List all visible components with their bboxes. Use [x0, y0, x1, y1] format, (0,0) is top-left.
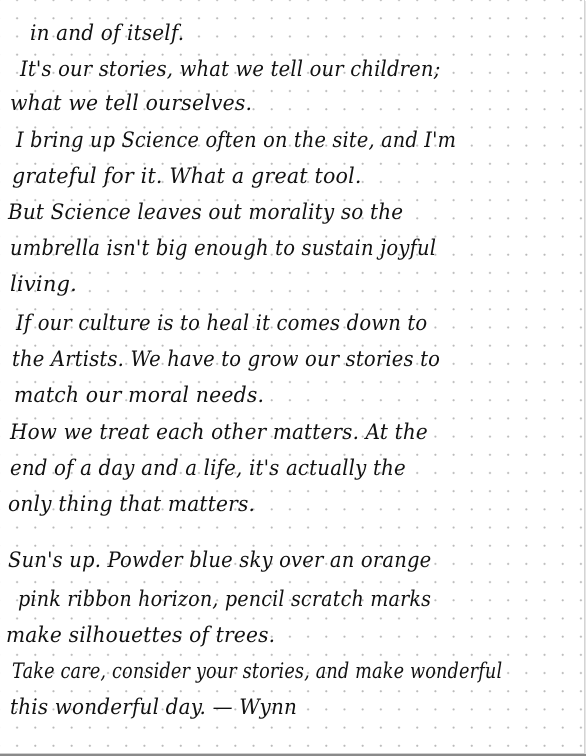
- text-line: what we tell ourselves.: [10, 89, 252, 117]
- text-line: How we treat each other matters. At the: [10, 418, 428, 446]
- text-line: living.: [10, 270, 77, 298]
- text-line: grateful for it. What a great tool.: [12, 162, 362, 190]
- text-line: It's our stories, what we tell our child…: [20, 55, 440, 83]
- text-line: I bring up Science often on the site, an…: [16, 126, 456, 154]
- text-line: But Science leaves out morality so the: [8, 198, 403, 226]
- text-line: Take care, consider your stories, and ma…: [12, 657, 502, 685]
- text-line: pink ribbon horizon, pencil scratch mark…: [18, 585, 431, 613]
- text-line: make silhouettes of trees.: [6, 621, 275, 649]
- text-line: in and of itself.: [30, 19, 184, 47]
- text-line: the Artists. We have to grow our stories…: [12, 345, 440, 373]
- text-line: this wonderful day. — Wynn: [10, 693, 297, 721]
- text-line: If our culture is to heal it comes down …: [16, 309, 427, 337]
- text-line: end of a day and a life, it's actually t…: [10, 454, 406, 482]
- text-line: Sun's up. Powder blue sky over an orange: [8, 546, 431, 574]
- handwritten-text: in and of itself. It's our stories, what…: [0, 0, 584, 753]
- text-line: umbrella isn't big enough to sustain joy…: [10, 234, 436, 262]
- dot-grid-page: in and of itself. It's our stories, what…: [0, 0, 585, 754]
- text-line: only thing that matters.: [8, 490, 255, 518]
- text-line: match our moral needs.: [14, 381, 264, 409]
